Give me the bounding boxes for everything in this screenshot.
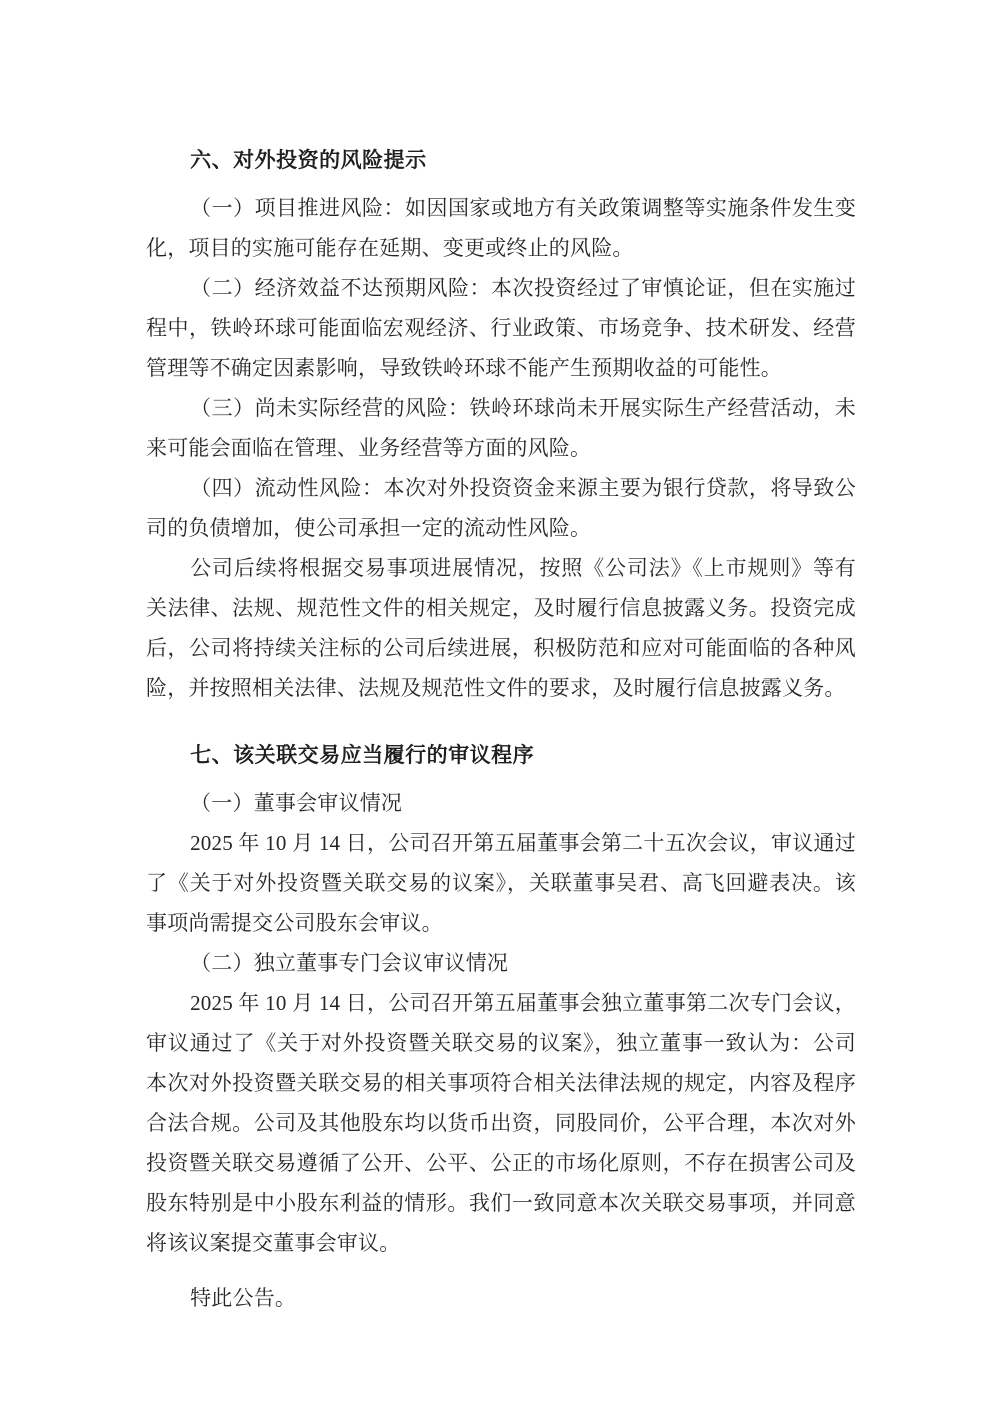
paragraph-risk-project-progress: （一）项目推进风险：如因国家或地方有关政策调整等实施条件发生变化，项目的实施可能… (146, 188, 856, 268)
announcement-page: 六、对外投资的风险提示 （一）项目推进风险：如因国家或地方有关政策调整等实施条件… (0, 0, 1000, 1414)
section-heading-six-risk-warning: 六、对外投资的风险提示 (146, 141, 856, 181)
paragraph-independent-directors-title: （二）独立董事专门会议审议情况 (146, 943, 856, 983)
paragraph-board-review-title: （一）董事会审议情况 (146, 783, 856, 823)
paragraph-board-review-detail: 2025 年 10 月 14 日，公司召开第五届董事会第二十五次会议，审议通过了… (146, 823, 856, 943)
paragraph-announcement-closing: 特此公告。 (146, 1278, 856, 1318)
paragraph-risk-liquidity: （四）流动性风险：本次对外投资资金来源主要为银行贷款，将导致公司的负债增加，使公… (146, 468, 856, 548)
section-heading-seven-review-procedures: 七、该关联交易应当履行的审议程序 (146, 736, 856, 776)
paragraph-independent-directors-detail: 2025 年 10 月 14 日，公司召开第五届董事会独立董事第二次专门会议，审… (146, 983, 856, 1263)
paragraph-follow-up-disclosure: 公司后续将根据交易事项进展情况，按照《公司法》《上市规则》等有关法律、法规、规范… (146, 548, 856, 708)
paragraph-risk-economic-benefit: （二）经济效益不达预期风险：本次投资经过了审慎论证，但在实施过程中，铁岭环球可能… (146, 268, 856, 388)
paragraph-risk-no-actual-operation: （三）尚未实际经营的风险：铁岭环球尚未开展实际生产经营活动，未来可能会面临在管理… (146, 388, 856, 468)
